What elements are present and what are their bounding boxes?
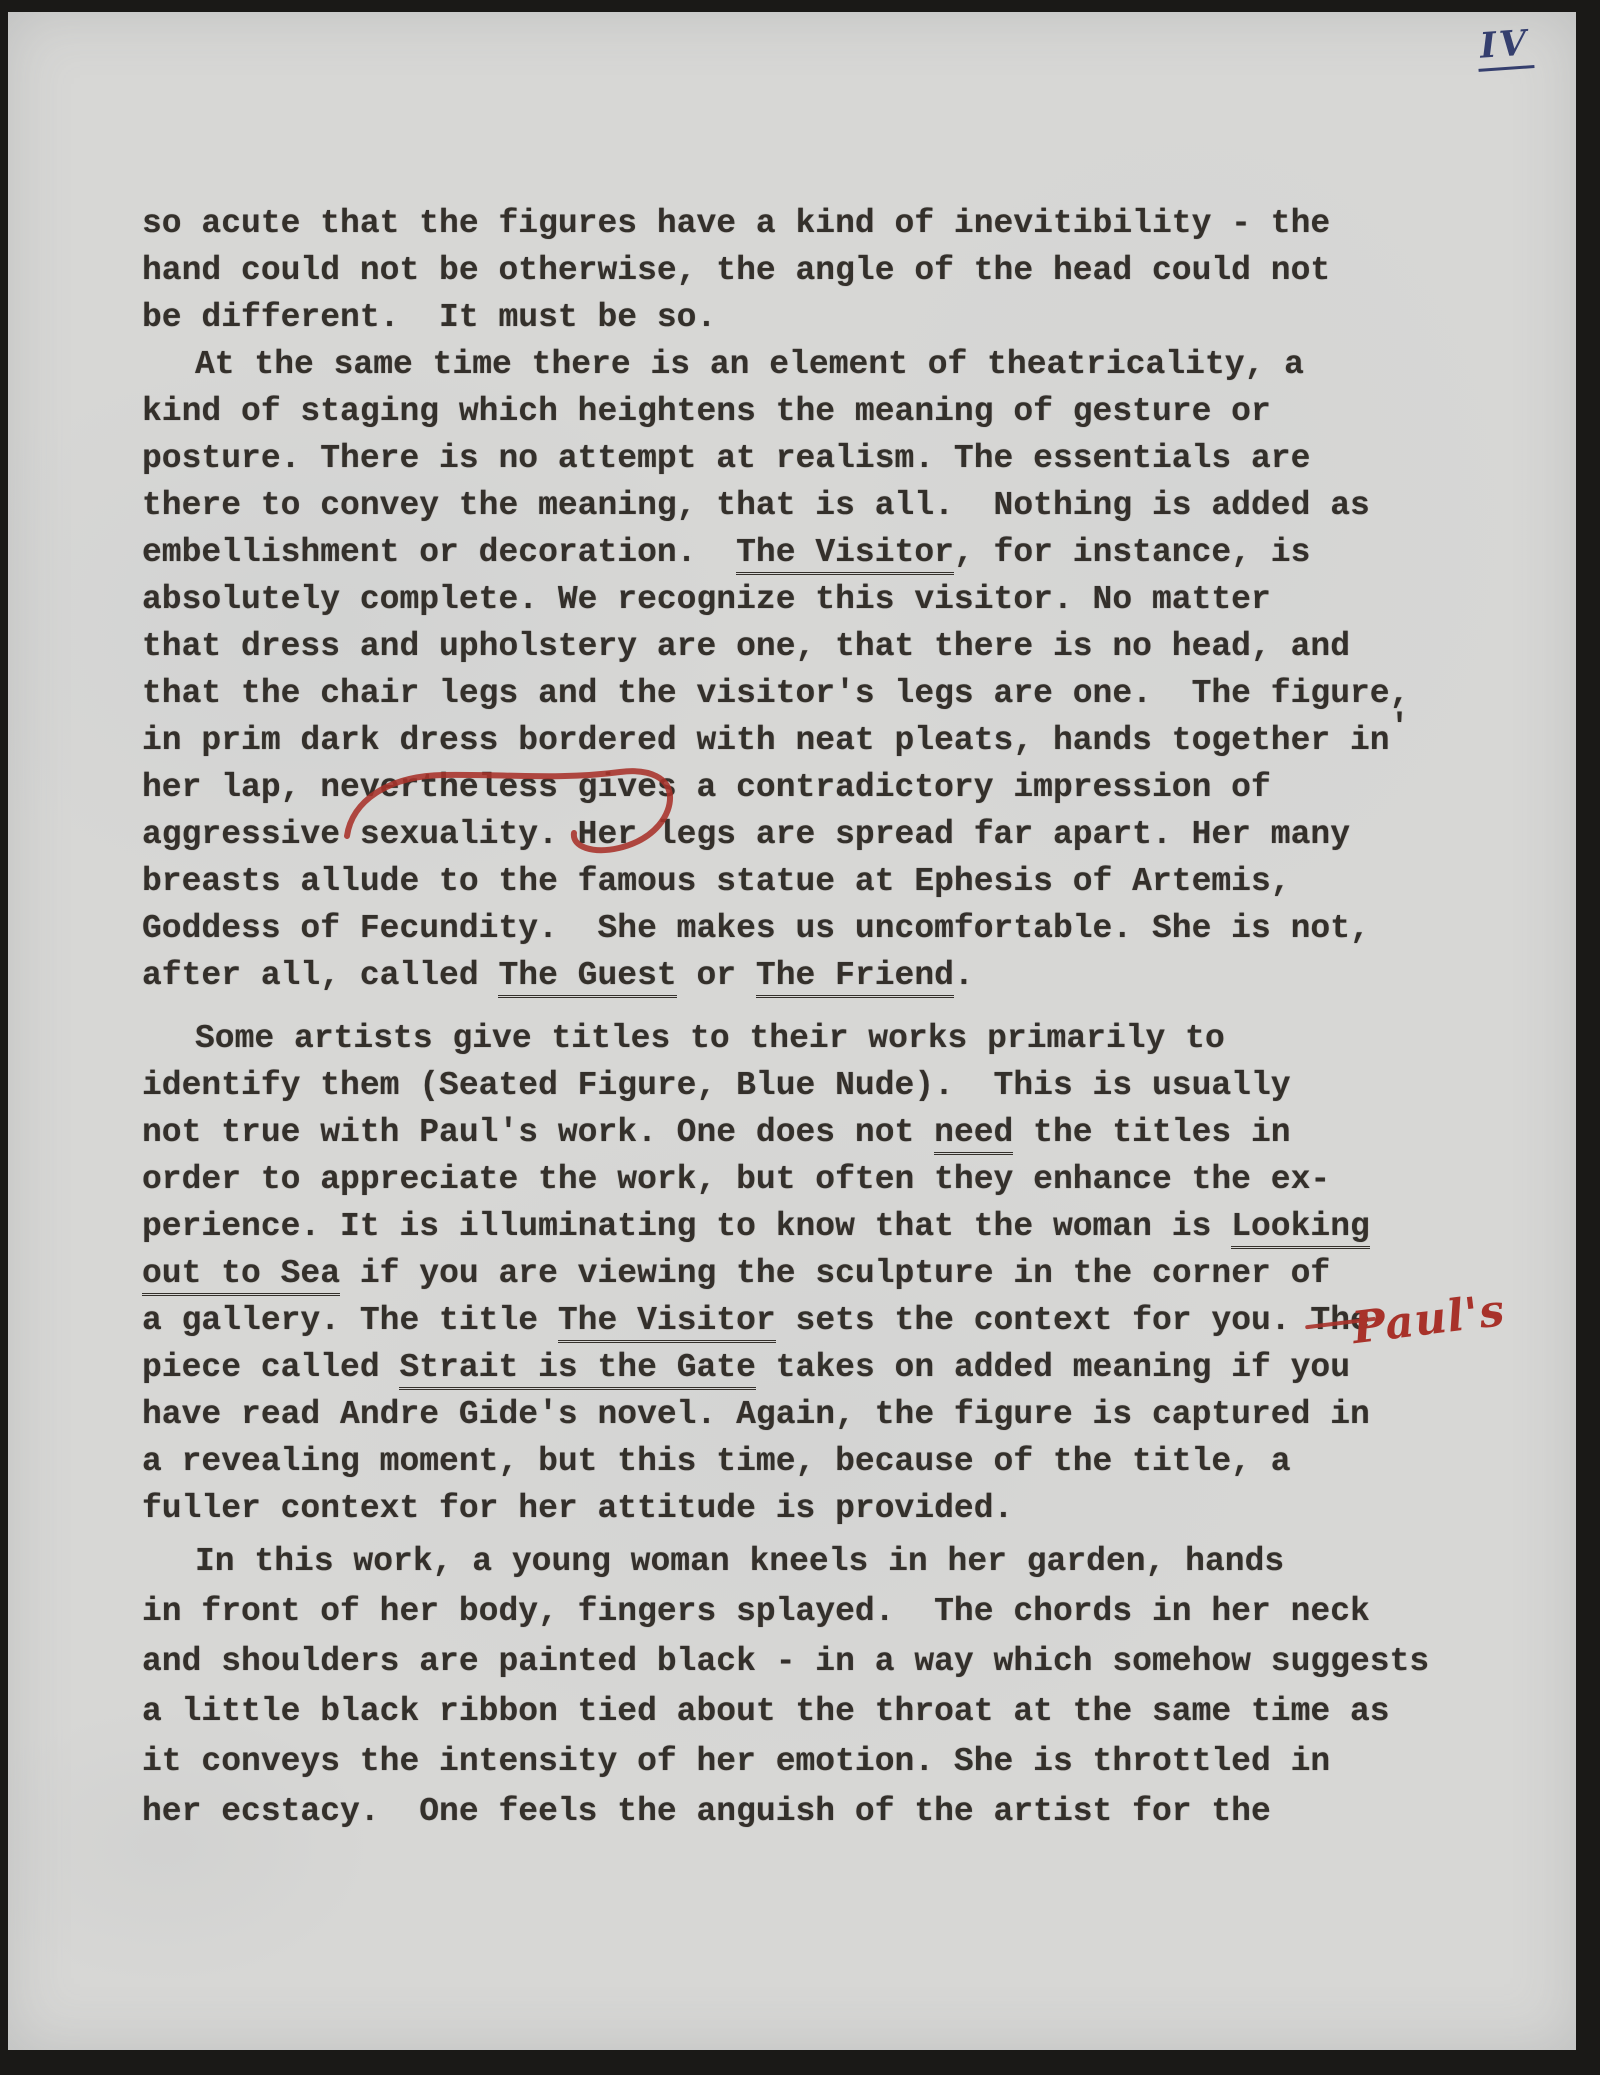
typed-line: it conveys the intensity of her emotion.…	[142, 1737, 1472, 1787]
typed-line: her ecstacy. One feels the anguish of th…	[142, 1787, 1472, 1837]
typed-line: hand could not be otherwise, the angle o…	[142, 247, 1472, 294]
scanned-document-page: { "page_marker": { "text": "IV", "ink_co…	[0, 0, 1600, 2075]
typed-line: a revealing moment, but this time, becau…	[142, 1438, 1472, 1485]
underlined-title: The Visitor	[736, 534, 954, 575]
typed-text-segment: not true with Paul's work. One does not	[142, 1114, 934, 1151]
typed-line: there to convey the meaning, that is all…	[142, 482, 1472, 529]
typed-text-segment: piece called	[142, 1349, 399, 1386]
typed-text-segment: there to convey the meaning, that is all…	[142, 487, 1370, 524]
typed-text-segment: or	[677, 957, 756, 994]
underlined-title: The Friend	[756, 957, 954, 998]
typed-text-segment: takes on added meaning if you	[756, 1349, 1350, 1386]
typed-text-segment: absolutely complete. We recognize this v…	[142, 581, 1271, 618]
typed-text-segment: her lap, nevertheless gives a contradict…	[142, 769, 1271, 806]
typed-line: that the chair legs and the visitor's le…	[142, 670, 1472, 717]
paragraph: so acute that the figures have a kind of…	[142, 200, 1472, 341]
typed-line: in prim dark dress bordered with neat pl…	[142, 717, 1472, 764]
typed-text-segment: her ecstacy. One feels the anguish of th…	[142, 1793, 1271, 1830]
typed-text-segment: Goddess of Fecundity. She makes us uncom…	[142, 910, 1370, 947]
typed-text-segment: a little black ribbon tied about the thr…	[142, 1693, 1390, 1730]
typed-text-segment: have read Andre Gide's novel. Again, the…	[142, 1396, 1370, 1433]
typed-line: in front of her body, fingers splayed. T…	[142, 1587, 1472, 1637]
paragraph: At the same time there is an element of …	[142, 341, 1472, 999]
typed-text-segment: in prim dark dress bordered with neat pl…	[142, 722, 1390, 759]
typed-line: identify them (Seated Figure, Blue Nude)…	[142, 1062, 1472, 1109]
underlined-title: The Guest	[498, 957, 676, 998]
typed-text-segment: and shoulders are painted black - in a w…	[142, 1643, 1429, 1680]
underlined-title: Strait is the Gate	[399, 1349, 755, 1390]
typed-text-segment: embellishment or decoration.	[142, 534, 736, 571]
typed-text-segment: so acute that the figures have a kind of…	[142, 205, 1330, 242]
typed-text-segment: the titles in	[1013, 1114, 1290, 1151]
typed-text-segment: be different. It must be so.	[142, 299, 716, 336]
typed-text-segment: if you are viewing the sculpture in the …	[340, 1255, 1330, 1292]
typed-line: Some artists give titles to their works …	[142, 1015, 1472, 1062]
typed-text-segment: aggressive sexuality. Her legs are sprea…	[142, 816, 1350, 853]
typed-text: so acute that the figures have a kind of…	[142, 200, 1472, 1837]
paragraph: In this work, a young woman kneels in he…	[142, 1537, 1472, 1837]
typed-text-segment: perience. It is illuminating to know tha…	[142, 1208, 1231, 1245]
typed-line: have read Andre Gide's novel. Again, the…	[142, 1391, 1472, 1438]
typed-line: be different. It must be so.	[142, 294, 1472, 341]
typed-line: out to Sea if you are viewing the sculpt…	[142, 1250, 1472, 1297]
typed-line: and shoulders are painted black - in a w…	[142, 1637, 1472, 1687]
typed-text-segment: in front of her body, fingers splayed. T…	[142, 1593, 1370, 1630]
typed-text-segment: kind of staging which heightens the mean…	[142, 393, 1271, 430]
stray-apostrophe: '	[1390, 709, 1410, 746]
typed-line: posture. There is no attempt at realism.…	[142, 435, 1472, 482]
typed-text-segment: after all, called	[142, 957, 498, 994]
typed-line: Goddess of Fecundity. She makes us uncom…	[142, 905, 1472, 952]
typed-text-segment: Some artists give titles to their works …	[195, 1020, 1225, 1057]
typed-text-segment: a revealing moment, but this time, becau…	[142, 1443, 1291, 1480]
typed-line: so acute that the figures have a kind of…	[142, 200, 1472, 247]
typed-text-segment: At the same time there is an element of …	[195, 346, 1304, 383]
handwritten-page-number: IV	[1475, 22, 1534, 72]
typed-line: perience. It is illuminating to know tha…	[142, 1203, 1472, 1250]
typed-text-segment: fuller context for her attitude is provi…	[142, 1490, 1013, 1527]
typed-line: absolutely complete. We recognize this v…	[142, 576, 1472, 623]
typed-line: embellishment or decoration. The Visitor…	[142, 529, 1472, 576]
typed-text-segment: posture. There is no attempt at realism.…	[142, 440, 1310, 477]
typed-text-segment: that the chair legs and the visitor's le…	[142, 675, 1409, 712]
typed-text-segment: hand could not be otherwise, the angle o…	[142, 252, 1330, 289]
typed-text-segment: a gallery. The title	[142, 1302, 558, 1339]
typed-line: piece called Strait is the Gate takes on…	[142, 1344, 1472, 1391]
typed-text-segment: identify them (Seated Figure, Blue Nude)…	[142, 1067, 1291, 1104]
typed-line: that dress and upholstery are one, that …	[142, 623, 1472, 670]
paragraph: Some artists give titles to their works …	[142, 1015, 1472, 1532]
typed-text-segment: .	[954, 957, 974, 994]
typed-line: fuller context for her attitude is provi…	[142, 1485, 1472, 1532]
typed-line: her lap, nevertheless gives a contradict…	[142, 764, 1472, 811]
typed-line: kind of staging which heightens the mean…	[142, 388, 1472, 435]
underlined-title: Looking	[1231, 1208, 1370, 1249]
typed-text-segment: order to appreciate the work, but often …	[142, 1161, 1330, 1198]
typed-line: In this work, a young woman kneels in he…	[142, 1537, 1472, 1587]
typed-text-segment: it conveys the intensity of her emotion.…	[142, 1743, 1330, 1780]
typed-line: aggressive sexuality. Her legs are sprea…	[142, 811, 1472, 858]
typed-text-segment: that dress and upholstery are one, that …	[142, 628, 1350, 665]
typed-line: order to appreciate the work, but often …	[142, 1156, 1472, 1203]
typed-text-segment: , for instance, is	[954, 534, 1310, 571]
typed-text-segment: In this work, a young woman kneels in he…	[195, 1543, 1284, 1580]
underlined-title: out to Sea	[142, 1255, 340, 1296]
underlined-title: need	[934, 1114, 1013, 1155]
typed-text-segment: sets the context for you.	[776, 1302, 1311, 1339]
typed-text-segment: breasts allude to the famous statue at E…	[142, 863, 1291, 900]
typed-line: breasts allude to the famous statue at E…	[142, 858, 1472, 905]
typed-line: At the same time there is an element of …	[142, 341, 1472, 388]
typed-line: a gallery. The title The Visitor sets th…	[142, 1297, 1472, 1344]
underlined-title: The Visitor	[558, 1302, 776, 1343]
typed-line: not true with Paul's work. One does not …	[142, 1109, 1472, 1156]
typed-line: after all, called The Guest or The Frien…	[142, 952, 1472, 999]
typed-line: a little black ribbon tied about the thr…	[142, 1687, 1472, 1737]
